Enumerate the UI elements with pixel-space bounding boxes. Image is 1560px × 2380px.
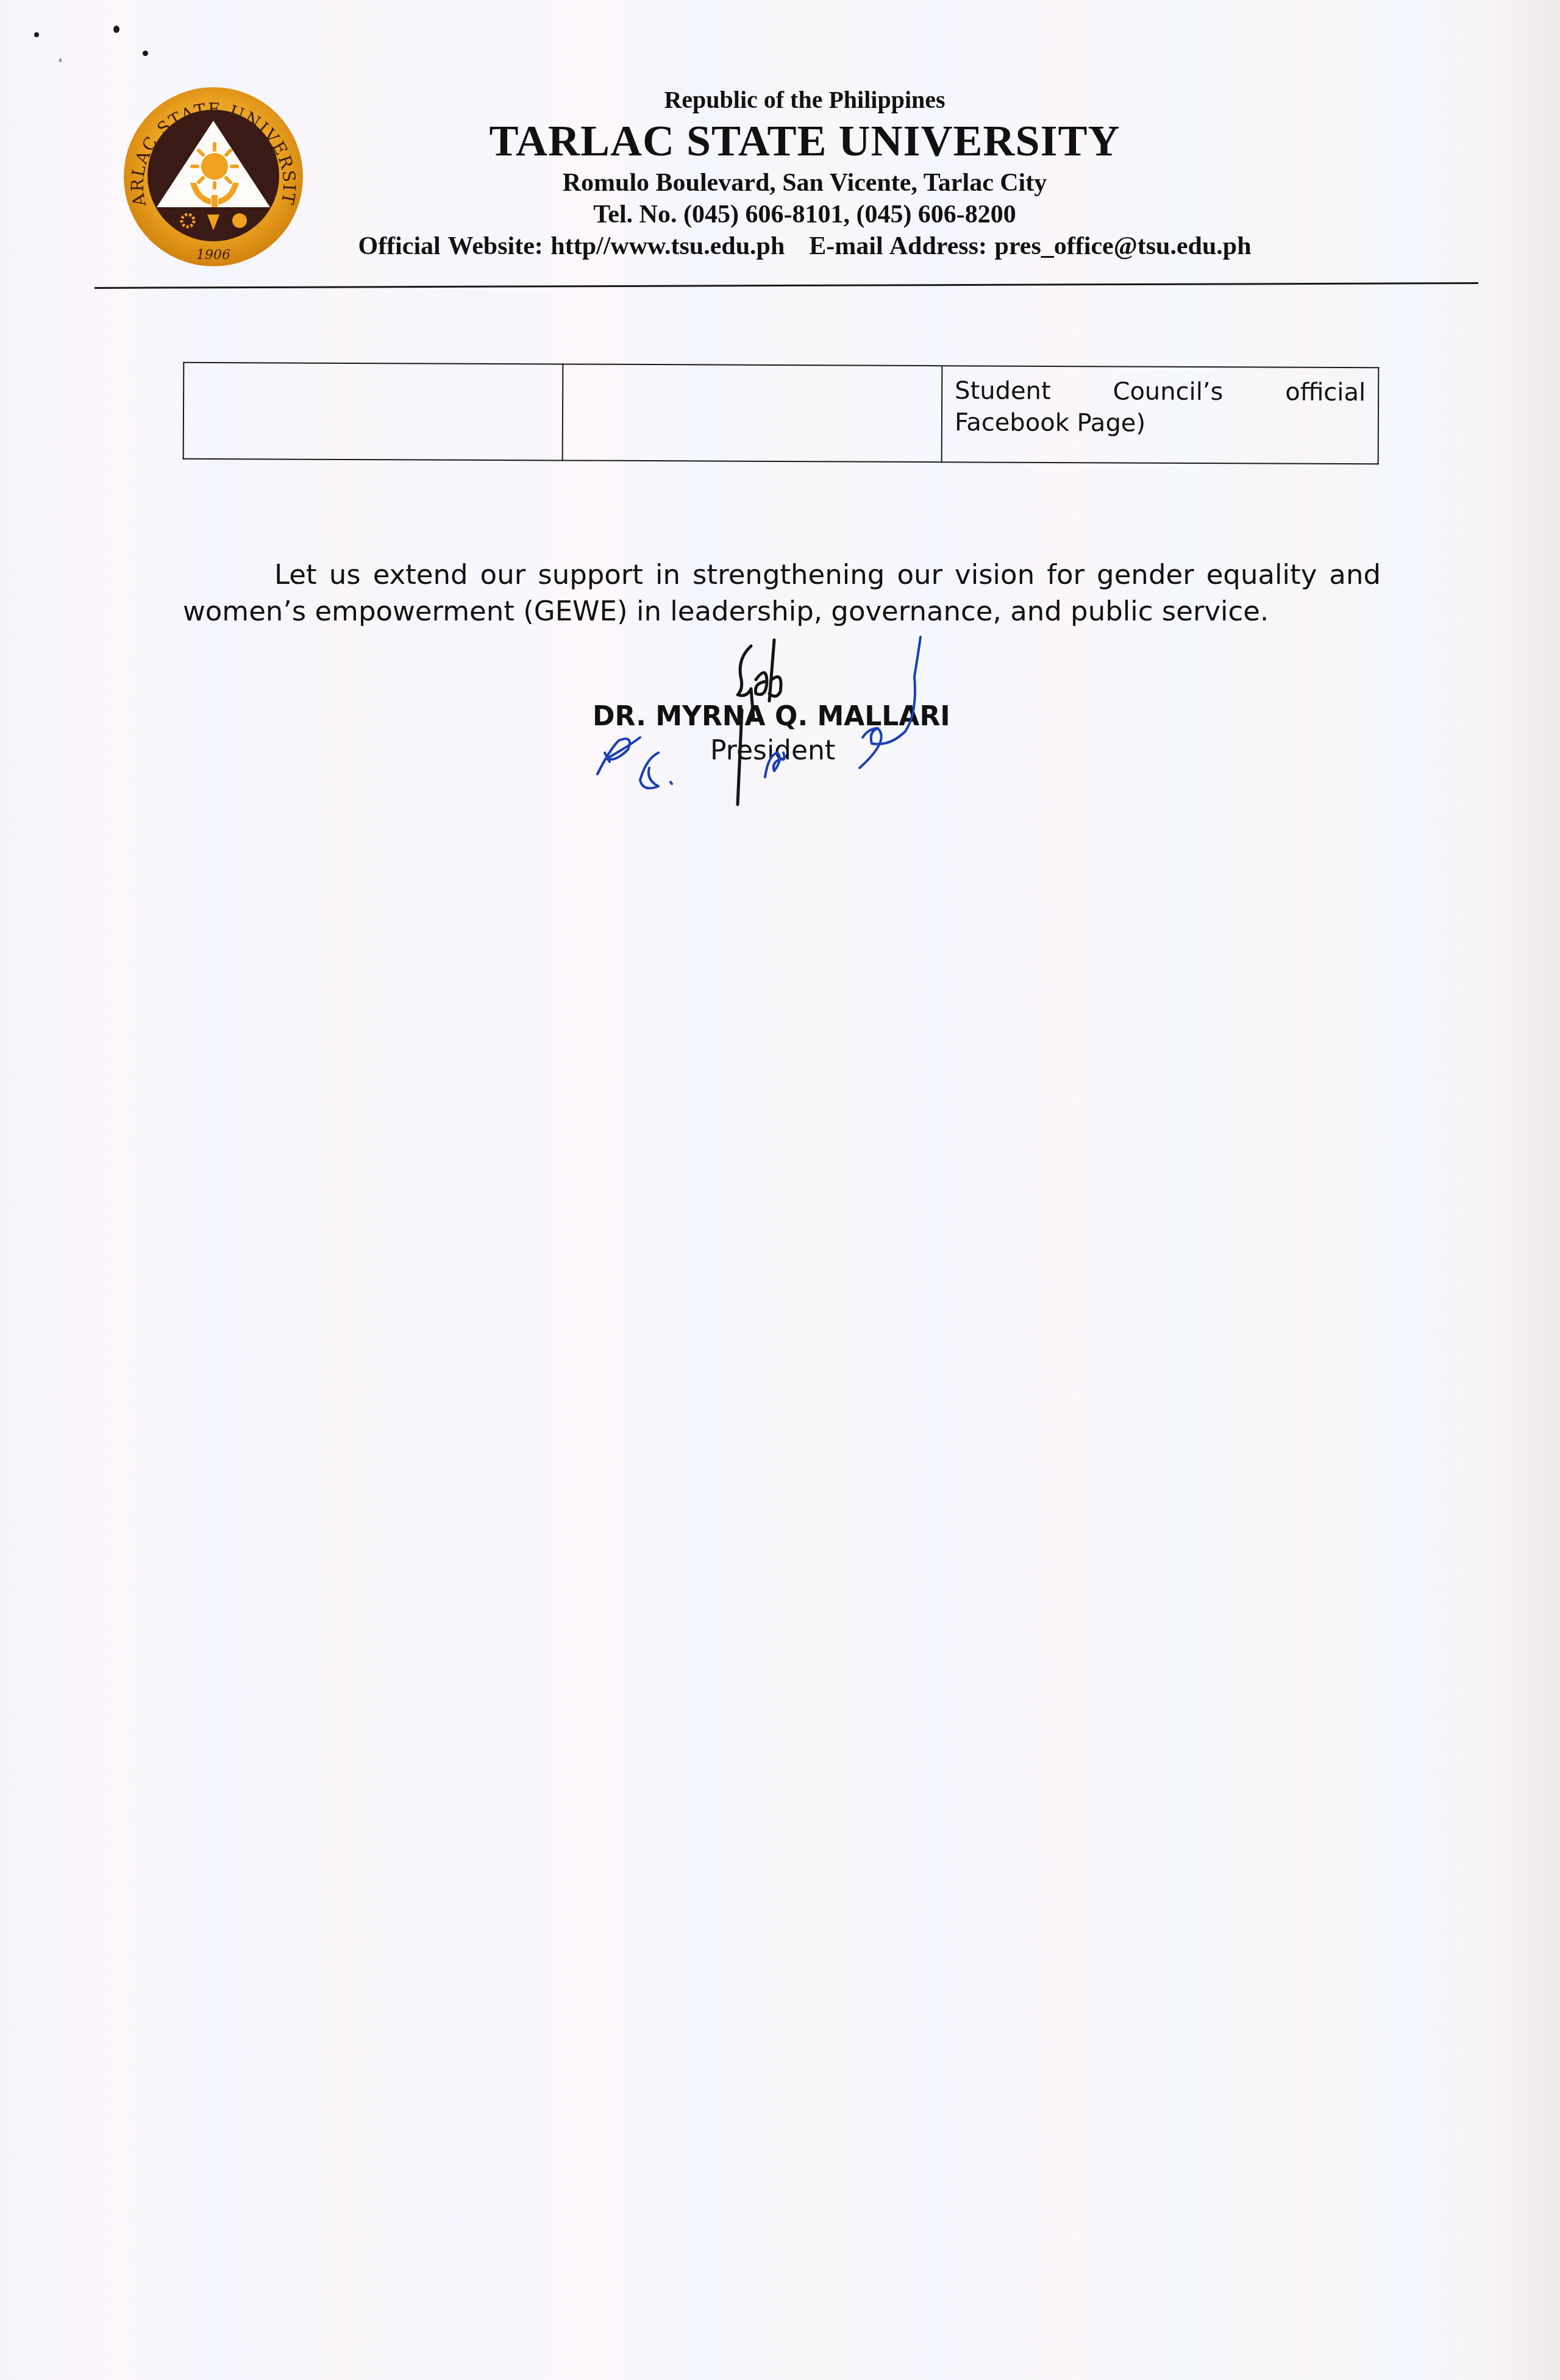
institution-name: TARLAC STATE UNIVERSITY xyxy=(287,116,1323,166)
table-cell xyxy=(563,364,942,462)
website-text: Official Website: http//www.tsu.edu.ph xyxy=(358,232,785,260)
cell-line: Facebook Page) xyxy=(955,407,1366,440)
telephone-line: Tel. No. (045) 606-8101, (045) 606-8200 xyxy=(287,200,1323,229)
country-line: Republic of the Philippines xyxy=(287,85,1323,114)
institution-address: Romulo Boulevard, San Vicente, Tarlac Ci… xyxy=(287,168,1323,197)
header-divider xyxy=(94,282,1478,289)
closing-paragraph: Let us extend our support in strengtheni… xyxy=(183,556,1381,630)
university-seal-icon: TARLAC STATE UNIVERSITY 1906 xyxy=(122,85,305,268)
cell-word: Council’s xyxy=(1113,375,1223,408)
contact-line: Official Website: http//www.tsu.edu.phE-… xyxy=(287,232,1323,261)
table-cell xyxy=(183,363,563,461)
cell-word: official xyxy=(1285,377,1366,409)
signatory-title: President xyxy=(710,735,835,766)
signature-block: DR. MYRNA Q. MALLARI President xyxy=(585,701,1012,823)
table-row: Student Council’s official Facebook Page… xyxy=(183,363,1379,464)
letterhead: TARLAC STATE UNIVERSITY 1906 Republic of… xyxy=(0,0,1560,293)
email-text: E-mail Address: pres_office@tsu.edu.ph xyxy=(809,232,1251,260)
cell-word: Student xyxy=(955,375,1051,407)
continued-table: Student Council’s official Facebook Page… xyxy=(183,362,1380,465)
svg-text:1906: 1906 xyxy=(196,247,230,263)
signatory-name: DR. MYRNA Q. MALLARI xyxy=(593,701,950,732)
table-cell: Student Council’s official Facebook Page… xyxy=(942,366,1379,464)
